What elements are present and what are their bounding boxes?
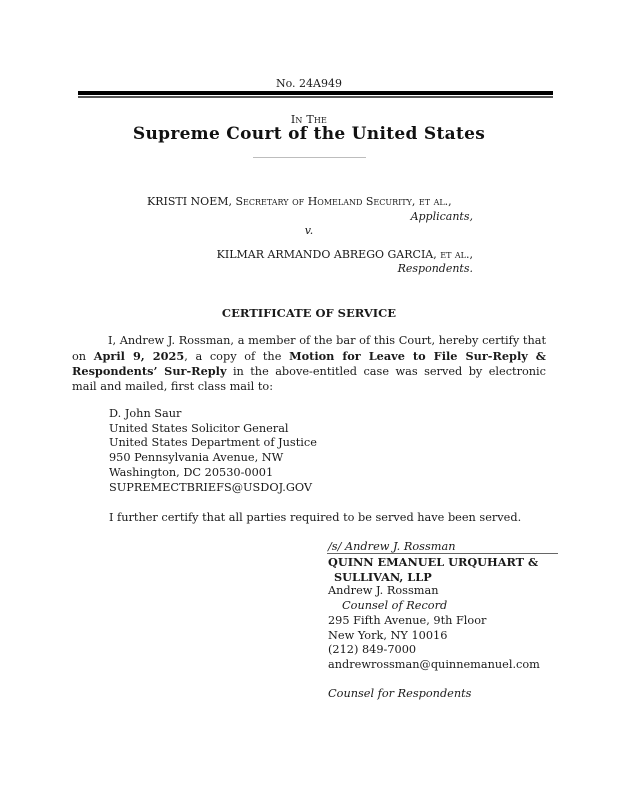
header-rule-thin [78, 96, 553, 98]
court-divider [253, 157, 366, 158]
addressee-department: United States Department of Justice [109, 436, 317, 451]
court-name: Supreme Court of the United States [0, 124, 618, 144]
addressee-block: D. John Saur United States Solicitor Gen… [109, 407, 317, 495]
attorney-email: andrewrossman@quinnemanuel.com [328, 658, 540, 673]
attorney-name: Andrew J. Rossman [328, 584, 540, 599]
further-certification: I further certify that all parties requi… [109, 511, 521, 524]
header-rule-thick [78, 91, 553, 95]
addressee-city: Washington, DC 20530-0001 [109, 466, 317, 481]
para-text-2: , a copy of the [184, 350, 289, 363]
addressee-name: D. John Saur [109, 407, 317, 422]
applicant-title: Secretary of Homeland Security, et al., [232, 195, 452, 208]
firm-address-line2: New York, NY 10016 [328, 629, 540, 644]
addressee-title: United States Solicitor General [109, 422, 317, 437]
addressee-email: SUPREMECTBRIEFS@USDOJ.GOV [109, 481, 317, 496]
certificate-heading: CERTIFICATE OF SERVICE [0, 306, 618, 320]
signature-rule [327, 553, 558, 554]
signature-block: QUINN EMANUEL URQUHART & SULLIVAN, LLP A… [328, 555, 540, 702]
applicant-party: KRISTI NOEM, Secretary of Homeland Secur… [147, 195, 452, 208]
counsel-for: Counsel for Respondents [328, 687, 540, 702]
respondent-title: et al., [437, 248, 473, 261]
firm-name-line1: QUINN EMANUEL URQUHART & [328, 555, 540, 570]
attorney-role: Counsel of Record [328, 599, 540, 614]
electronic-signature: /s/ Andrew J. Rossman [328, 540, 455, 553]
firm-address-line1: 295 Fifth Avenue, 9th Floor [328, 614, 540, 629]
firm-name-line2: SULLIVAN, LLP [328, 570, 540, 585]
respondent-party: KILMAR ARMANDO ABREGO GARCIA, et al., [217, 248, 473, 261]
docket-number: No. 24A949 [0, 77, 618, 90]
certificate-paragraph: I, Andrew J. Rossman, a member of the ba… [72, 334, 546, 395]
firm-phone: (212) 849-7000 [328, 643, 540, 658]
addressee-street: 950 Pennsylvania Avenue, NW [109, 451, 317, 466]
applicant-name: KRISTI NOEM, [147, 195, 232, 208]
service-date: April 9, 2025 [94, 349, 184, 363]
versus: v. [0, 224, 618, 237]
respondent-role: Respondents. [398, 262, 473, 275]
respondent-name: KILMAR ARMANDO ABREGO GARCIA, [217, 248, 437, 261]
signature-spacer [328, 673, 540, 688]
applicant-role: Applicants, [411, 210, 473, 223]
